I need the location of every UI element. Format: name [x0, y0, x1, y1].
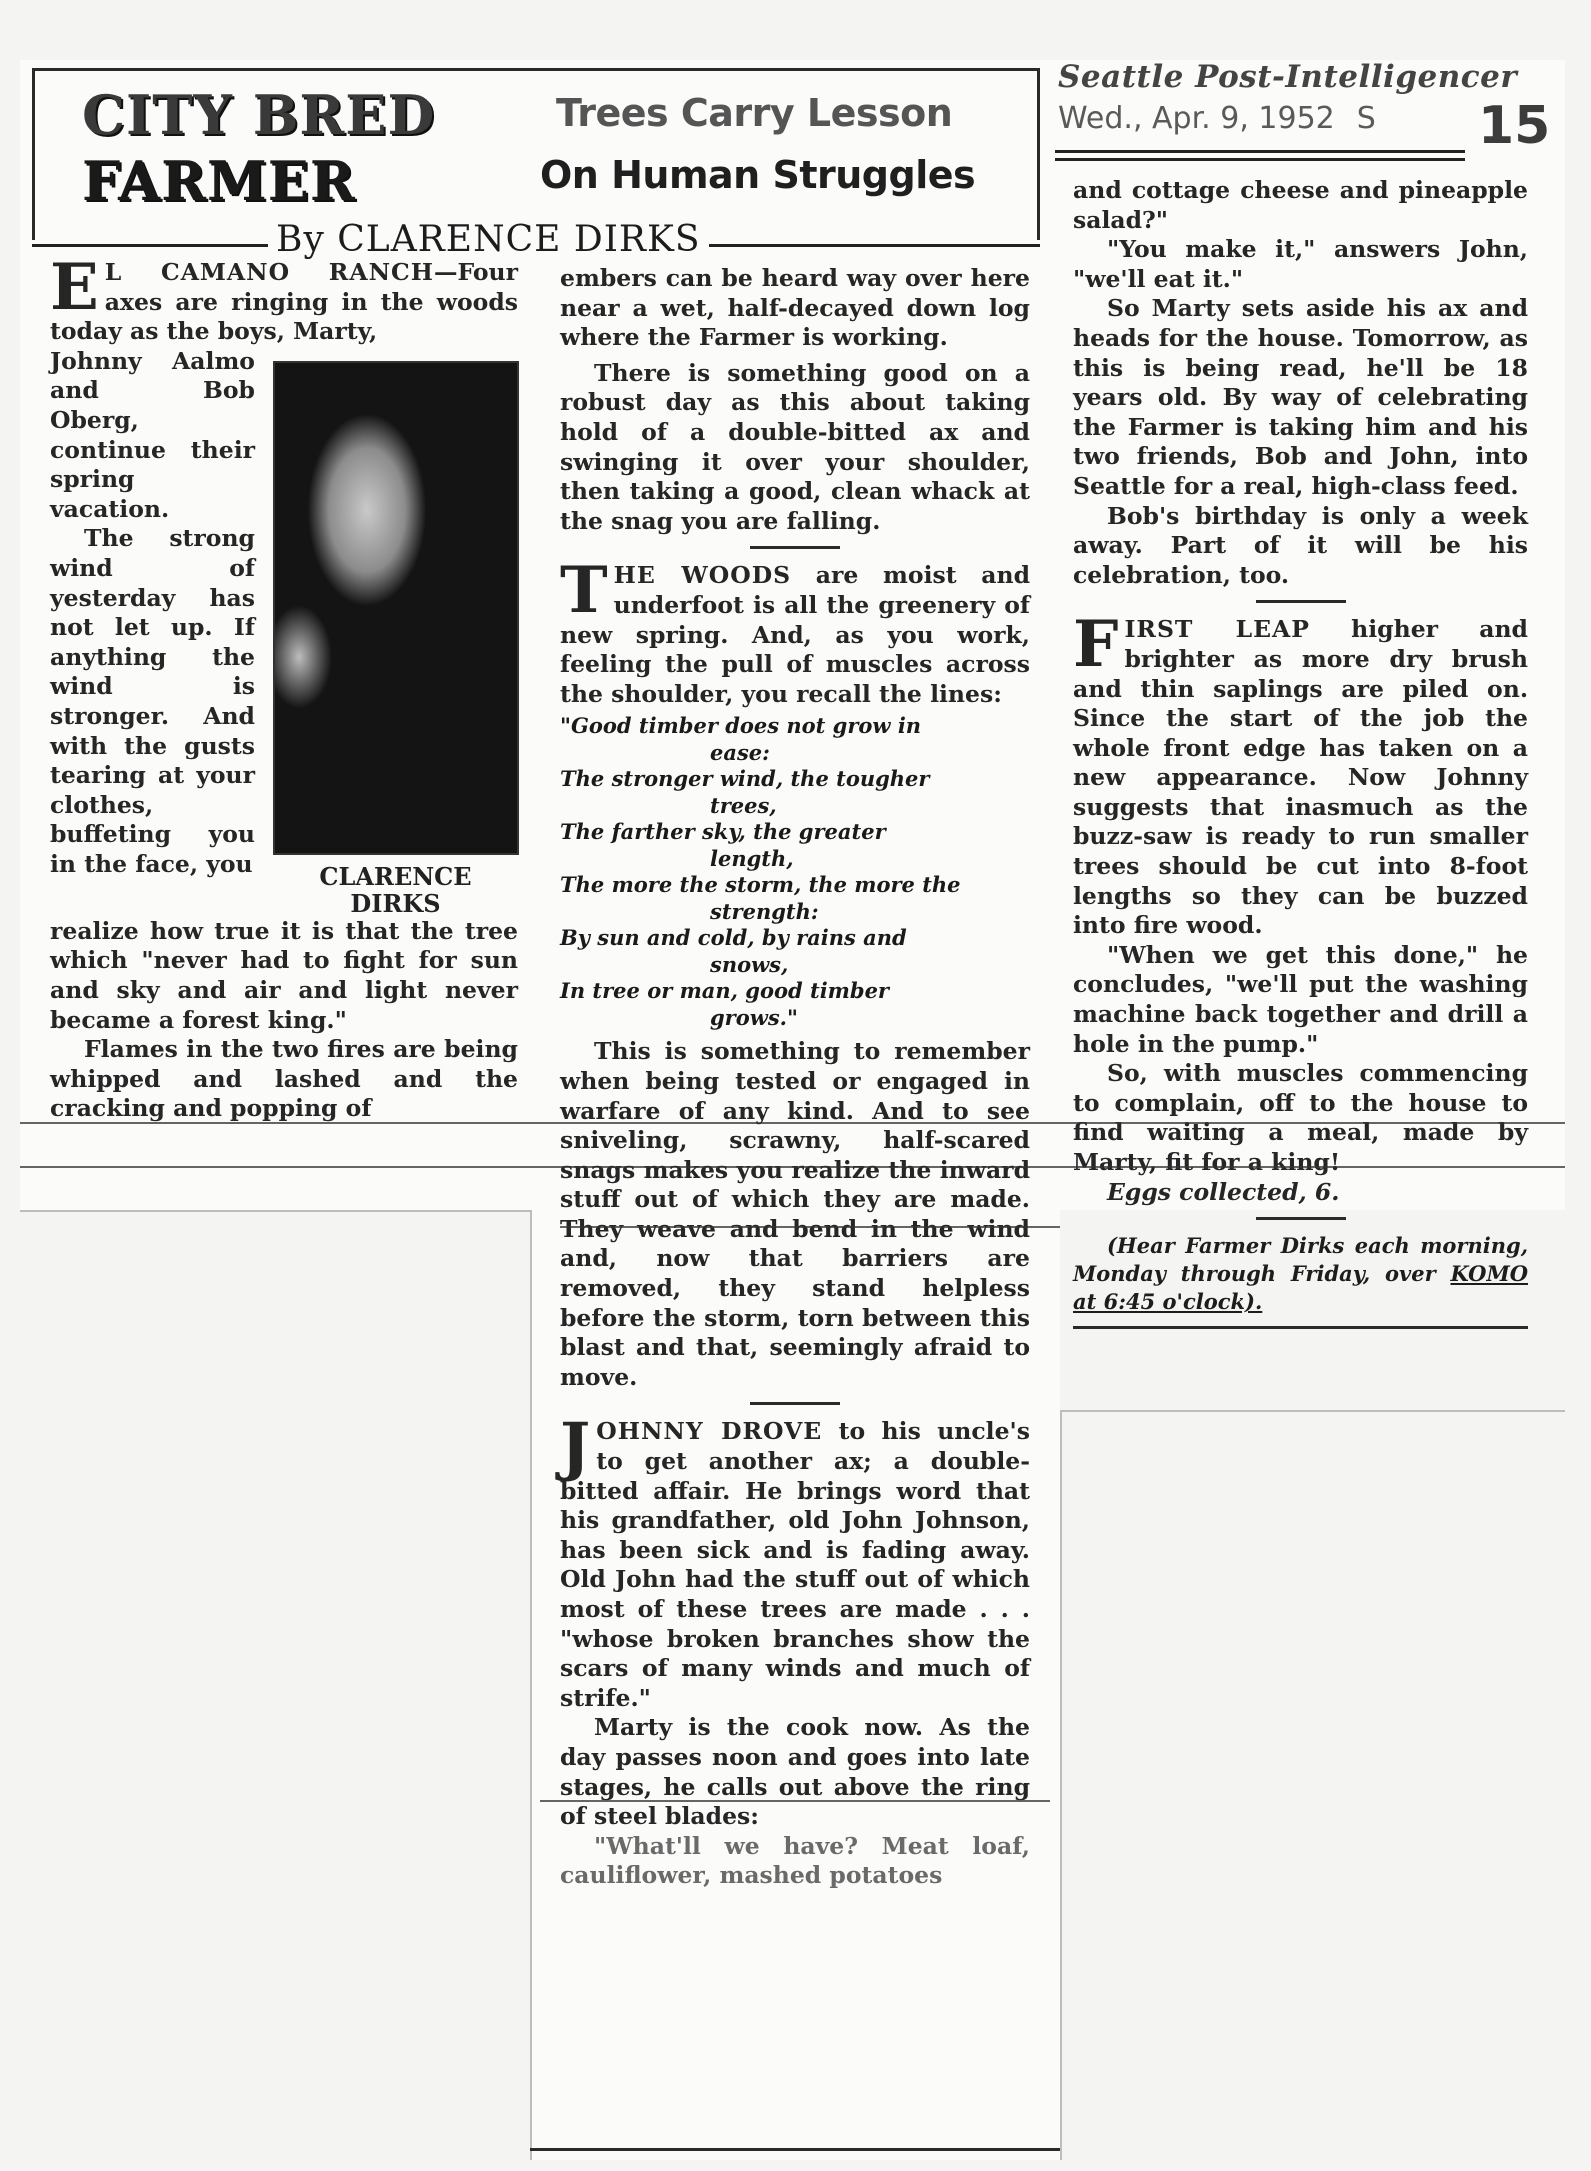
section-paragraph: JOHNNY DROVE to his uncle's to get anoth… — [560, 1417, 1030, 1713]
paragraph: realize how true it is that the tree whi… — [50, 917, 518, 1035]
paragraph: Johnny Aalmo and Bob Oberg, continue the… — [50, 347, 255, 525]
paragraph: "What'll we have? Meat loaf, cauliflower… — [560, 1832, 1030, 1891]
section-paragraph: FIRST LEAP higher and brighter as more d… — [1073, 615, 1528, 941]
scan-artifact-line — [20, 1122, 1565, 1124]
clip-edge-rule — [20, 1210, 530, 1212]
newspaper-masthead: Seattle Post-Intelligencer — [1058, 62, 1517, 93]
paragraph: Bob's birthday is only a week away. Part… — [1073, 502, 1528, 591]
scan-artifact-line — [540, 1800, 1050, 1802]
clip-edge-rule — [1060, 1410, 1062, 2160]
drop-cap: F — [1073, 619, 1118, 671]
paragraph: So Marty sets aside his ax and heads for… — [1073, 294, 1528, 501]
drop-cap: T — [560, 565, 608, 617]
column-kicker-line1: CITY BRED — [82, 88, 435, 142]
paragraph: So, with muscles commencing to complain,… — [1073, 1059, 1528, 1177]
edition-mark: S — [1357, 104, 1376, 134]
poem-line-cont: strength: — [560, 899, 1030, 926]
publication-date: Wed., Apr. 9, 1952 — [1058, 104, 1335, 134]
masthead-rule — [1055, 158, 1465, 161]
narrow-text: Johnny Aalmo and Bob Oberg, continue the… — [50, 347, 255, 917]
paragraph: Flames in the two fires are being whippe… — [50, 1035, 518, 1124]
section-divider — [750, 1402, 840, 1405]
paragraph: Eggs collected, 6. — [1073, 1178, 1528, 1208]
column-end-rule — [530, 2148, 1060, 2151]
poem-line-cont: trees, — [560, 793, 1030, 820]
column-kicker-line2: FARMER — [82, 154, 356, 208]
paragraph: EL CAMANO RANCH—Four axes are ringing in… — [50, 258, 518, 347]
paragraph: "You make it," answers John, "we'll eat … — [1073, 235, 1528, 294]
poem-line: The stronger wind, the tougher — [560, 766, 1030, 793]
poem-line-cont: snows, — [560, 952, 1030, 979]
clip-edge-rule — [1060, 1410, 1565, 1412]
dateline-row: Wed., Apr. 9, 1952 S — [1058, 104, 1376, 134]
article-column-1: EL CAMANO RANCH—Four axes are ringing in… — [50, 258, 518, 1124]
drop-cap: J — [560, 1421, 590, 1473]
poem-line: The farther sky, the greater — [560, 819, 1030, 846]
photo-caption: CLARENCE DIRKS — [273, 863, 518, 917]
poem-line: By sun and cold, by rains and — [560, 925, 1030, 952]
text-with-photo: Johnny Aalmo and Bob Oberg, continue the… — [50, 347, 518, 917]
headline-line2: On Human Struggles — [540, 156, 975, 194]
paragraph: The strong wind of yesterday has not let… — [50, 524, 255, 879]
poem-line-cont: ease: — [560, 740, 1030, 767]
poem-quote: "Good timber does not grow in ease: The … — [560, 713, 1030, 1031]
author-photo — [273, 361, 519, 855]
column-end-rule — [1073, 1326, 1528, 1329]
headline-line1: Trees Carry Lesson — [556, 94, 952, 132]
scan-artifact-line — [20, 1166, 1565, 1168]
section-divider — [1256, 1217, 1346, 1220]
scan-artifact-line — [560, 1226, 1060, 1228]
article-column-2: embers can be heard way over here near a… — [560, 264, 1030, 1891]
drop-cap: E — [50, 262, 99, 314]
article-column-3: and cottage cheese and pineapple salad?"… — [1073, 176, 1528, 1329]
poem-line: In tree or man, good timber — [560, 978, 1030, 1005]
poem-line: "Good timber does not grow in — [560, 713, 1030, 740]
section-divider — [750, 546, 840, 549]
page-number: 15 — [1478, 100, 1550, 152]
paragraph: This is something to remember when being… — [560, 1037, 1030, 1392]
poem-line: The more the storm, the more the — [560, 872, 1030, 899]
poem-line-cont: length, — [560, 846, 1030, 873]
byline: By CLARENCE DIRKS — [268, 222, 709, 258]
author-photo-block: CLARENCE DIRKS — [273, 347, 518, 917]
section-divider — [1256, 600, 1346, 603]
paragraph: Marty is the cook now. As the day passes… — [560, 1713, 1030, 1831]
paragraph: There is something good on a robust day … — [560, 359, 1030, 537]
paragraph: embers can be heard way over here near a… — [560, 264, 1030, 353]
section-paragraph: THE WOODS are moist and underfoot is all… — [560, 561, 1030, 709]
paragraph: "When we get this done," he concludes, "… — [1073, 941, 1528, 1059]
broadcast-note: (Hear Farmer Dirks each morning, Monday … — [1073, 1232, 1528, 1316]
masthead-rule — [1055, 150, 1465, 153]
poem-line-cont: grows." — [560, 1005, 1030, 1032]
paragraph: and cottage cheese and pineapple salad?" — [1073, 176, 1528, 235]
clip-edge-rule — [530, 1210, 532, 2160]
